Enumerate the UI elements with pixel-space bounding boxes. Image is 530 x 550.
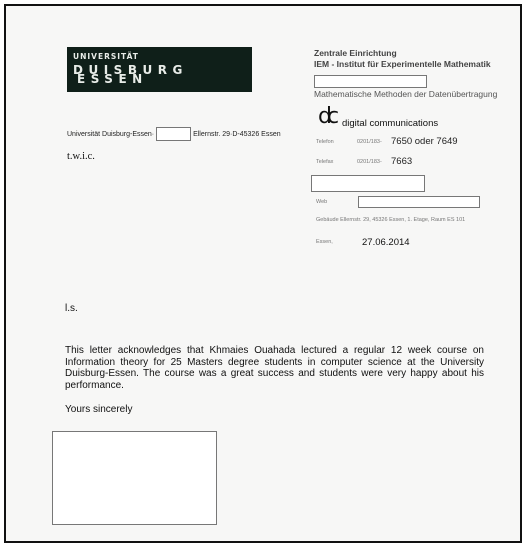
university-logo: UNIVERSITÄT DUISBURG ESSEN [67,47,252,92]
redacted-box [156,127,191,141]
telefax-prefix: 0201/183- [357,159,382,165]
institution-line-2: IEM - Institut für Experimentelle Mathem… [314,59,491,69]
greeting: l.s. [65,303,78,314]
web-label: Web [316,199,327,205]
logo-universitaet: UNIVERSITÄT [73,52,139,61]
group-name: digital communications [342,118,438,129]
telefon-label: Telefon [316,139,334,145]
redacted-box [358,196,480,208]
logo-essen: ESSEN [77,73,148,85]
redacted-box [314,75,427,88]
redacted-box [311,175,425,192]
institution-line-1: Zentrale Einrichtung [314,48,397,58]
telefax-value: 7663 [391,156,412,167]
letter-body: This letter acknowledges that Khmaies Ou… [65,345,484,391]
building-address: Gebäude Ellernstr. 29, 45326 Essen, 1. E… [316,217,465,223]
recipient-line: t.w.i.c. [67,151,95,162]
sender-prefix: Universität Duisburg-Essen· [67,131,154,138]
department-name: Mathematische Methoden der Datenübertrag… [314,89,497,99]
redacted-signature-box [52,431,217,525]
place-label: Essen, [316,239,333,245]
letter-date: 27.06.2014 [362,237,410,248]
sender-address-line: Universität Duisburg-Essen· Ellernstr. 2… [67,127,281,141]
dc-logo-icon: dc [318,106,334,128]
sender-suffix: Ellernstr. 29·D-45326 Essen [193,131,281,138]
telefon-value: 7650 oder 7649 [391,136,458,147]
letter-page: UNIVERSITÄT DUISBURG ESSEN Universität D… [4,4,522,543]
closing: Yours sincerely [65,404,132,415]
telefax-label: Telefax [316,159,333,165]
telefon-prefix: 0201/183- [357,139,382,145]
